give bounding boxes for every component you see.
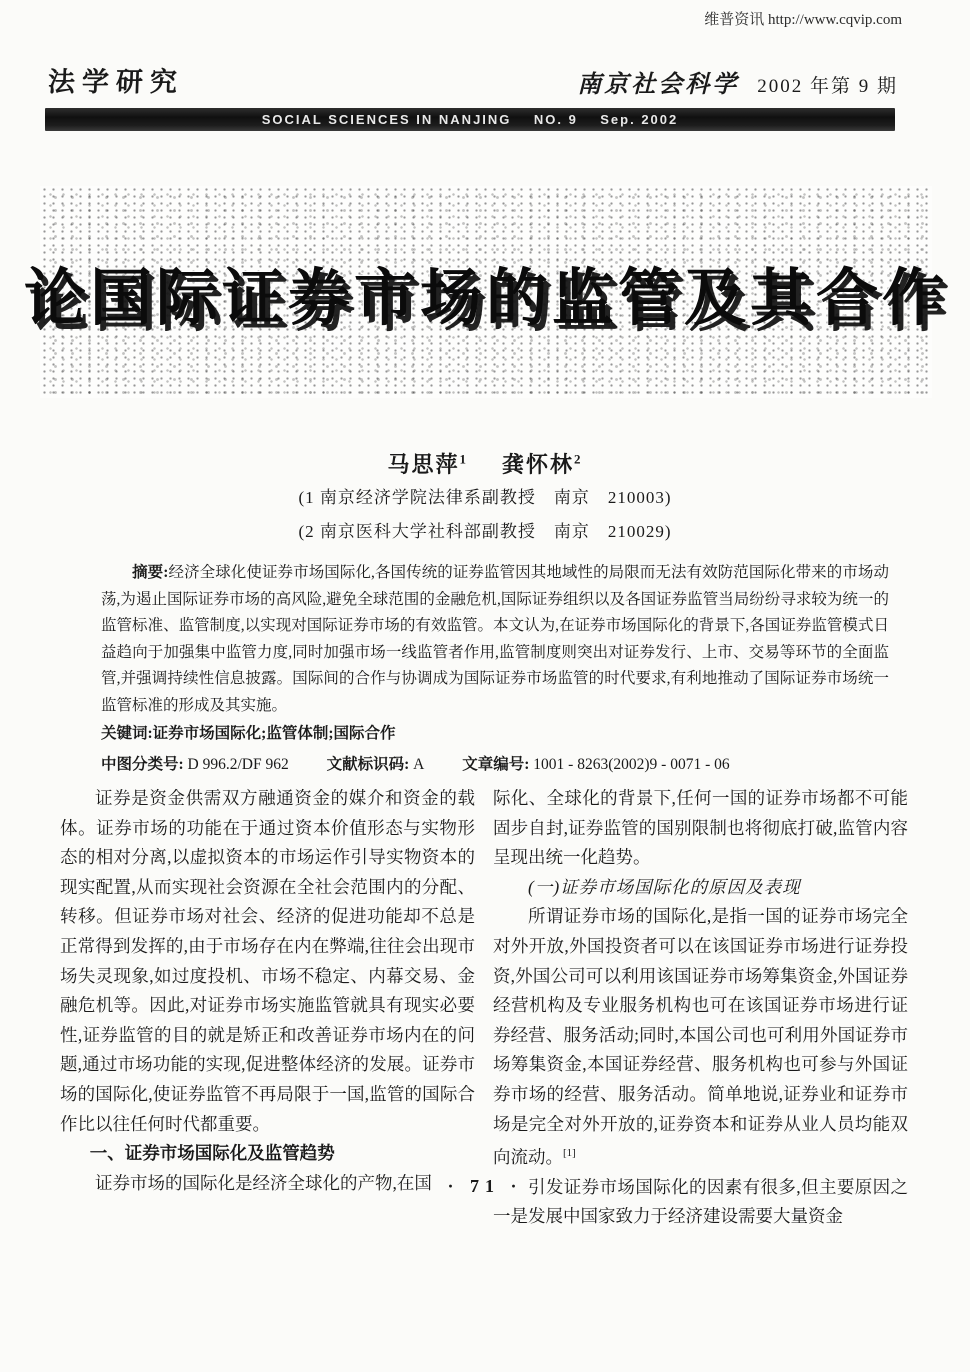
journal-issue-group: 南京社会科学 2002 年第 9 期 — [577, 64, 898, 99]
article-id-label: 文章编号: — [462, 756, 529, 773]
article-id-value: 1001 - 8263(2002)9 - 0071 - 06 — [533, 756, 729, 773]
author-name-1: 马思萍 — [387, 452, 459, 477]
footnote-ref-1: [1] — [563, 1147, 576, 1159]
abstract-paragraph: 摘要:经济全球化使证券市场国际化,各国传统的证券监管因其地域性的局限而无法有效防… — [101, 560, 889, 719]
clc-label: 中图分类号: — [101, 756, 184, 773]
section-heading-1: 一、证券市场国际化及监管趋势 — [60, 1139, 475, 1169]
keywords-line: 关键词:证券市场国际化;监管体制;国际合作 — [101, 721, 889, 748]
abstract-block: 摘要:经济全球化使证券市场国际化,各国传统的证券监管因其地域性的局限而无法有效防… — [101, 560, 889, 778]
article-title: 论国际证券市场的监管及其合作 — [24, 248, 948, 337]
doc-code-value: A — [413, 756, 424, 773]
abstract-text: 经济全球化使证券市场国际化,各国传统的证券监管因其地域性的局限而无法有效防范国际… — [101, 564, 889, 714]
right-paragraph-1: 际化、全球化的背景下,任何一国的证券市场都不可能固步自封,证券监管的国别限制也将… — [493, 784, 908, 873]
abstract-label: 摘要: — [132, 564, 168, 581]
right-paragraph-2-text: 所谓证券市场的国际化,是指一国的证券市场完全对外开放,外国投资者可以在该国证券市… — [493, 906, 908, 1167]
sub-heading-1: (一)证券市场国际化的原因及表现 — [493, 873, 908, 903]
doc-code-pair: 文献标识码: A — [327, 756, 425, 773]
english-journal-bar: SOCIAL SCIENCES IN NANJING NO. 9 Sep. 20… — [45, 108, 895, 131]
page-number: · 71 · — [0, 1176, 970, 1197]
clc-pair: 中图分类号: D 996.2/DF 962 — [101, 756, 289, 773]
cqvip-watermark: 维普资讯 http://www.cqvip.com — [704, 8, 902, 29]
author-sup-1: 1 — [460, 452, 469, 467]
keywords-text: 证券市场国际化;监管体制;国际合作 — [153, 725, 396, 742]
doc-code-label: 文献标识码: — [327, 756, 410, 773]
author-sup-2: 2 — [574, 452, 583, 467]
section-title: 法学研究 — [47, 60, 184, 99]
left-column: 证券是资金供需双方融通资金的媒介和资金的载体。证券市场的功能在于通过资本价值形态… — [60, 784, 475, 1232]
affiliation-1: (1 南京经济学院法律系副教授 南京 210003) — [0, 483, 970, 513]
affiliation-2: (2 南京医科大学社科部副教授 南京 210029) — [0, 517, 970, 547]
body-columns: 证券是资金供需双方融通资金的媒介和资金的载体。证券市场的功能在于通过资本价值形态… — [60, 784, 908, 1232]
journal-header: 法学研究 南京社会科学 2002 年第 9 期 — [48, 60, 898, 99]
meta-line: 中图分类号: D 996.2/DF 962 文献标识码: A 文章编号: 100… — [101, 752, 889, 779]
authors-line: 马思萍1龚怀林2 — [0, 448, 970, 479]
clc-value: D 996.2/DF 962 — [188, 756, 289, 773]
author-name-2: 龚怀林 — [502, 452, 574, 477]
title-banner: 论国际证券市场的监管及其合作 — [40, 186, 932, 398]
journal-name: 南京社会科学 — [577, 64, 739, 99]
english-journal-bar-text: SOCIAL SCIENCES IN NANJING NO. 9 Sep. 20… — [262, 112, 679, 127]
authors-block: 马思萍1龚怀林2 (1 南京经济学院法律系副教授 南京 210003) (2 南… — [0, 448, 970, 547]
right-column: 际化、全球化的背景下,任何一国的证券市场都不可能固步自封,证券监管的国别限制也将… — [493, 784, 908, 1232]
keywords-label: 关键词: — [101, 725, 153, 742]
journal-issue: 2002 年第 9 期 — [757, 71, 898, 98]
right-paragraph-2: 所谓证券市场的国际化,是指一国的证券市场完全对外开放,外国投资者可以在该国证券市… — [493, 902, 908, 1172]
article-id-pair: 文章编号: 1001 - 8263(2002)9 - 0071 - 06 — [462, 756, 729, 773]
left-paragraph-1: 证券是资金供需双方融通资金的媒介和资金的载体。证券市场的功能在于通过资本价值形态… — [60, 784, 475, 1139]
